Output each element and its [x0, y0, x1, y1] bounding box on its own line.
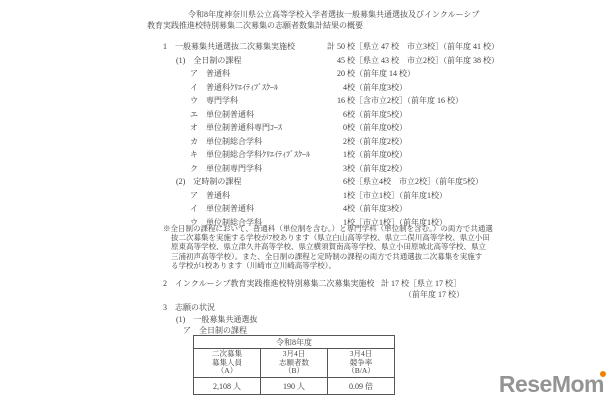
capacity-value: 2,108 人 [194, 378, 261, 395]
section2-note: ［県立 17 校］ [409, 278, 461, 289]
applicants-value: 190 人 [261, 378, 328, 395]
item-note: （前年度3校） [355, 202, 407, 216]
item-count: 6校 [303, 175, 355, 189]
item-label: (1) 全日制の課程 [163, 54, 303, 68]
list-item: エ 単位制普通科6校（前年度5校） [163, 108, 593, 122]
section2-count: 計 17 校 [381, 278, 409, 289]
col-header-applicants: 3月4日 志願者数 （B） [261, 349, 328, 378]
section2-heading: 2 インクルーシブ教育実践推進校特別募集二次募集実施校計 17 校［県立 17 … [163, 278, 461, 289]
list-item: カ 単位制総合学科2校（前年度2校） [163, 135, 593, 149]
section1-list: 1 一般募集共通選抜二次募集実施校計 50 校［県立 47 校 市立3校］（前年… [163, 40, 593, 229]
item-note: ［県立 43 校 市立2校］（前年度 38 校） [355, 54, 499, 68]
item-count: 45 校 [303, 54, 355, 68]
section1-heading-count: 計 50 校 [303, 40, 355, 54]
item-note: ［市立1校］（前年度1校） [355, 189, 447, 203]
title-line1: 令和8年度神奈川県公立高等学校入学者選抜一般募集共通選抜及びインクルーシブ [147, 9, 479, 20]
item-note: （前年度2校） [355, 135, 407, 149]
item-note: （前年度2校） [355, 162, 407, 176]
item-count: 20 校 [303, 67, 355, 81]
item-label: ウ 専門学科 [163, 94, 303, 108]
section2-previous-year: （前年度 17 校） [404, 289, 464, 300]
list-item: (1) 全日制の課程45 校［県立 43 校 市立2校］（前年度 38 校） [163, 54, 593, 68]
item-note: （前年度0校） [355, 121, 407, 135]
item-label: ア 普通科 [163, 67, 303, 81]
item-count: 16 校 [303, 94, 355, 108]
col-header-ratio: 3月4日 競争率 （B/A） [328, 349, 395, 378]
resemom-logo: ReseMom [499, 372, 604, 396]
table-header-row: 二次募集 募集人員 （A） 3月4日 志願者数 （B） 3月4日 競争率 （B/… [194, 349, 395, 378]
section3-sub1: (1) 一般募集共通選抜 [176, 314, 257, 325]
title-line2: 教育実践推進校特別募集二次募集の志願者数集計結果の概要 [147, 20, 479, 31]
list-item: ウ 専門学科16 校［含市立2校］（前年度 16 校） [163, 94, 593, 108]
item-count: 2校 [303, 135, 355, 149]
item-label: ク 単位制専門学科 [163, 162, 303, 176]
list-item: オ 単位制普通科専門ｺｰｽ0校（前年度0校） [163, 121, 593, 135]
document-title: 令和8年度神奈川県公立高等学校入学者選抜一般募集共通選抜及びインクルーシブ 教育… [147, 9, 479, 31]
section3-heading: 3 志願の状況 [163, 302, 215, 313]
item-label: ア 普通科 [163, 189, 303, 203]
document-page: 令和8年度神奈川県公立高等学校入学者選抜一般募集共通選抜及びインクルーシブ 教育… [0, 0, 610, 400]
section1-heading-note: ［県立 47 校 市立3校］（前年度 41 校） [355, 40, 499, 54]
item-label: エ 単位制普通科 [163, 108, 303, 122]
item-label: カ 単位制総合学科 [163, 135, 303, 149]
item-count: 4校 [303, 202, 355, 216]
resemom-logo-text: ReseMom [499, 371, 604, 397]
item-count: 6校 [303, 108, 355, 122]
section1-heading: 1 一般募集共通選抜二次募集実施校計 50 校［県立 47 校 市立3校］（前年… [163, 40, 593, 54]
item-label: イ 普通科ｸﾘｴｲﾃｨﾌﾞｽｸｰﾙ [163, 81, 303, 95]
list-item: イ 単位制普通科4校（前年度3校） [163, 202, 593, 216]
footnote-paragraph: ※全日制の課程において、普通科（単位制を含む。）と専門学科（単位制を含む。）の両… [163, 224, 535, 270]
item-count: 1校 [303, 148, 355, 162]
item-label: オ 単位制普通科専門ｺｰｽ [163, 121, 303, 135]
list-item: キ 単位制総合学科ｸﾘｴｲﾃｨﾌﾞｽｸｰﾙ1校（前年度0校） [163, 148, 593, 162]
item-count: 3校 [303, 162, 355, 176]
item-count: 4校 [303, 81, 355, 95]
section1-heading-label: 1 一般募集共通選抜二次募集実施校 [163, 40, 303, 54]
item-note: （前年度5校） [355, 108, 407, 122]
item-note: ［含市立2校］（前年度 16 校） [355, 94, 463, 108]
footnote-line: 三浦初声高等学校）。また、全日制の課程と定時制の課程の両方で共通選抜二次募集を実… [163, 252, 535, 261]
list-item: ア 普通科20 校（前年度 14 校） [163, 67, 593, 81]
col-header-capacity: 二次募集 募集人員 （A） [194, 349, 261, 378]
resemom-logo-dot [600, 371, 606, 377]
list-item: イ 普通科ｸﾘｴｲﾃｨﾌﾞｽｸｰﾙ4校（前年度3校） [163, 81, 593, 95]
ratio-value: 0.09 倍 [328, 378, 395, 395]
list-item: ク 単位制専門学科3校（前年度2校） [163, 162, 593, 176]
item-note: ［県立4校 市立2校］（前年度5校） [355, 175, 483, 189]
item-note: （前年度3校） [355, 81, 407, 95]
item-label: (2) 定時制の課程 [163, 175, 303, 189]
item-label: イ 単位制普通科 [163, 202, 303, 216]
item-label: キ 単位制総合学科ｸﾘｴｲﾃｨﾌﾞｽｸｰﾙ [163, 148, 303, 162]
footnote-line: る学校が1校あります（川崎市立川崎高等学校）。 [163, 261, 535, 270]
list-item: (2) 定時制の課程6校［県立4校 市立2校］（前年度5校） [163, 175, 593, 189]
item-count: 1校 [303, 189, 355, 203]
item-count: 0校 [303, 121, 355, 135]
section2-label: 2 インクルーシブ教育実践推進校特別募集二次募集実施校 [163, 278, 381, 289]
footnote-line: 原東高等学校、県立津久井高等学校、県立横須賀南高等学校、県立小田原城北高等学校、… [163, 242, 535, 251]
table-year-header: 令和8年度 [194, 336, 395, 349]
item-note: （前年度 14 校） [355, 67, 415, 81]
item-note: （前年度0校） [355, 148, 407, 162]
table-year-row: 令和8年度 [194, 336, 395, 349]
table-value-row: 2,108 人 190 人 0.09 倍 [194, 378, 395, 395]
list-item: ア 普通科1校［市立1校］（前年度1校） [163, 189, 593, 203]
applicants-table: 令和8年度 二次募集 募集人員 （A） 3月4日 志願者数 （B） 3月4日 競… [193, 335, 395, 395]
footnote-line: ※全日制の課程において、普通科（単位制を含む。）と専門学科（単位制を含む。）の両… [163, 224, 535, 233]
